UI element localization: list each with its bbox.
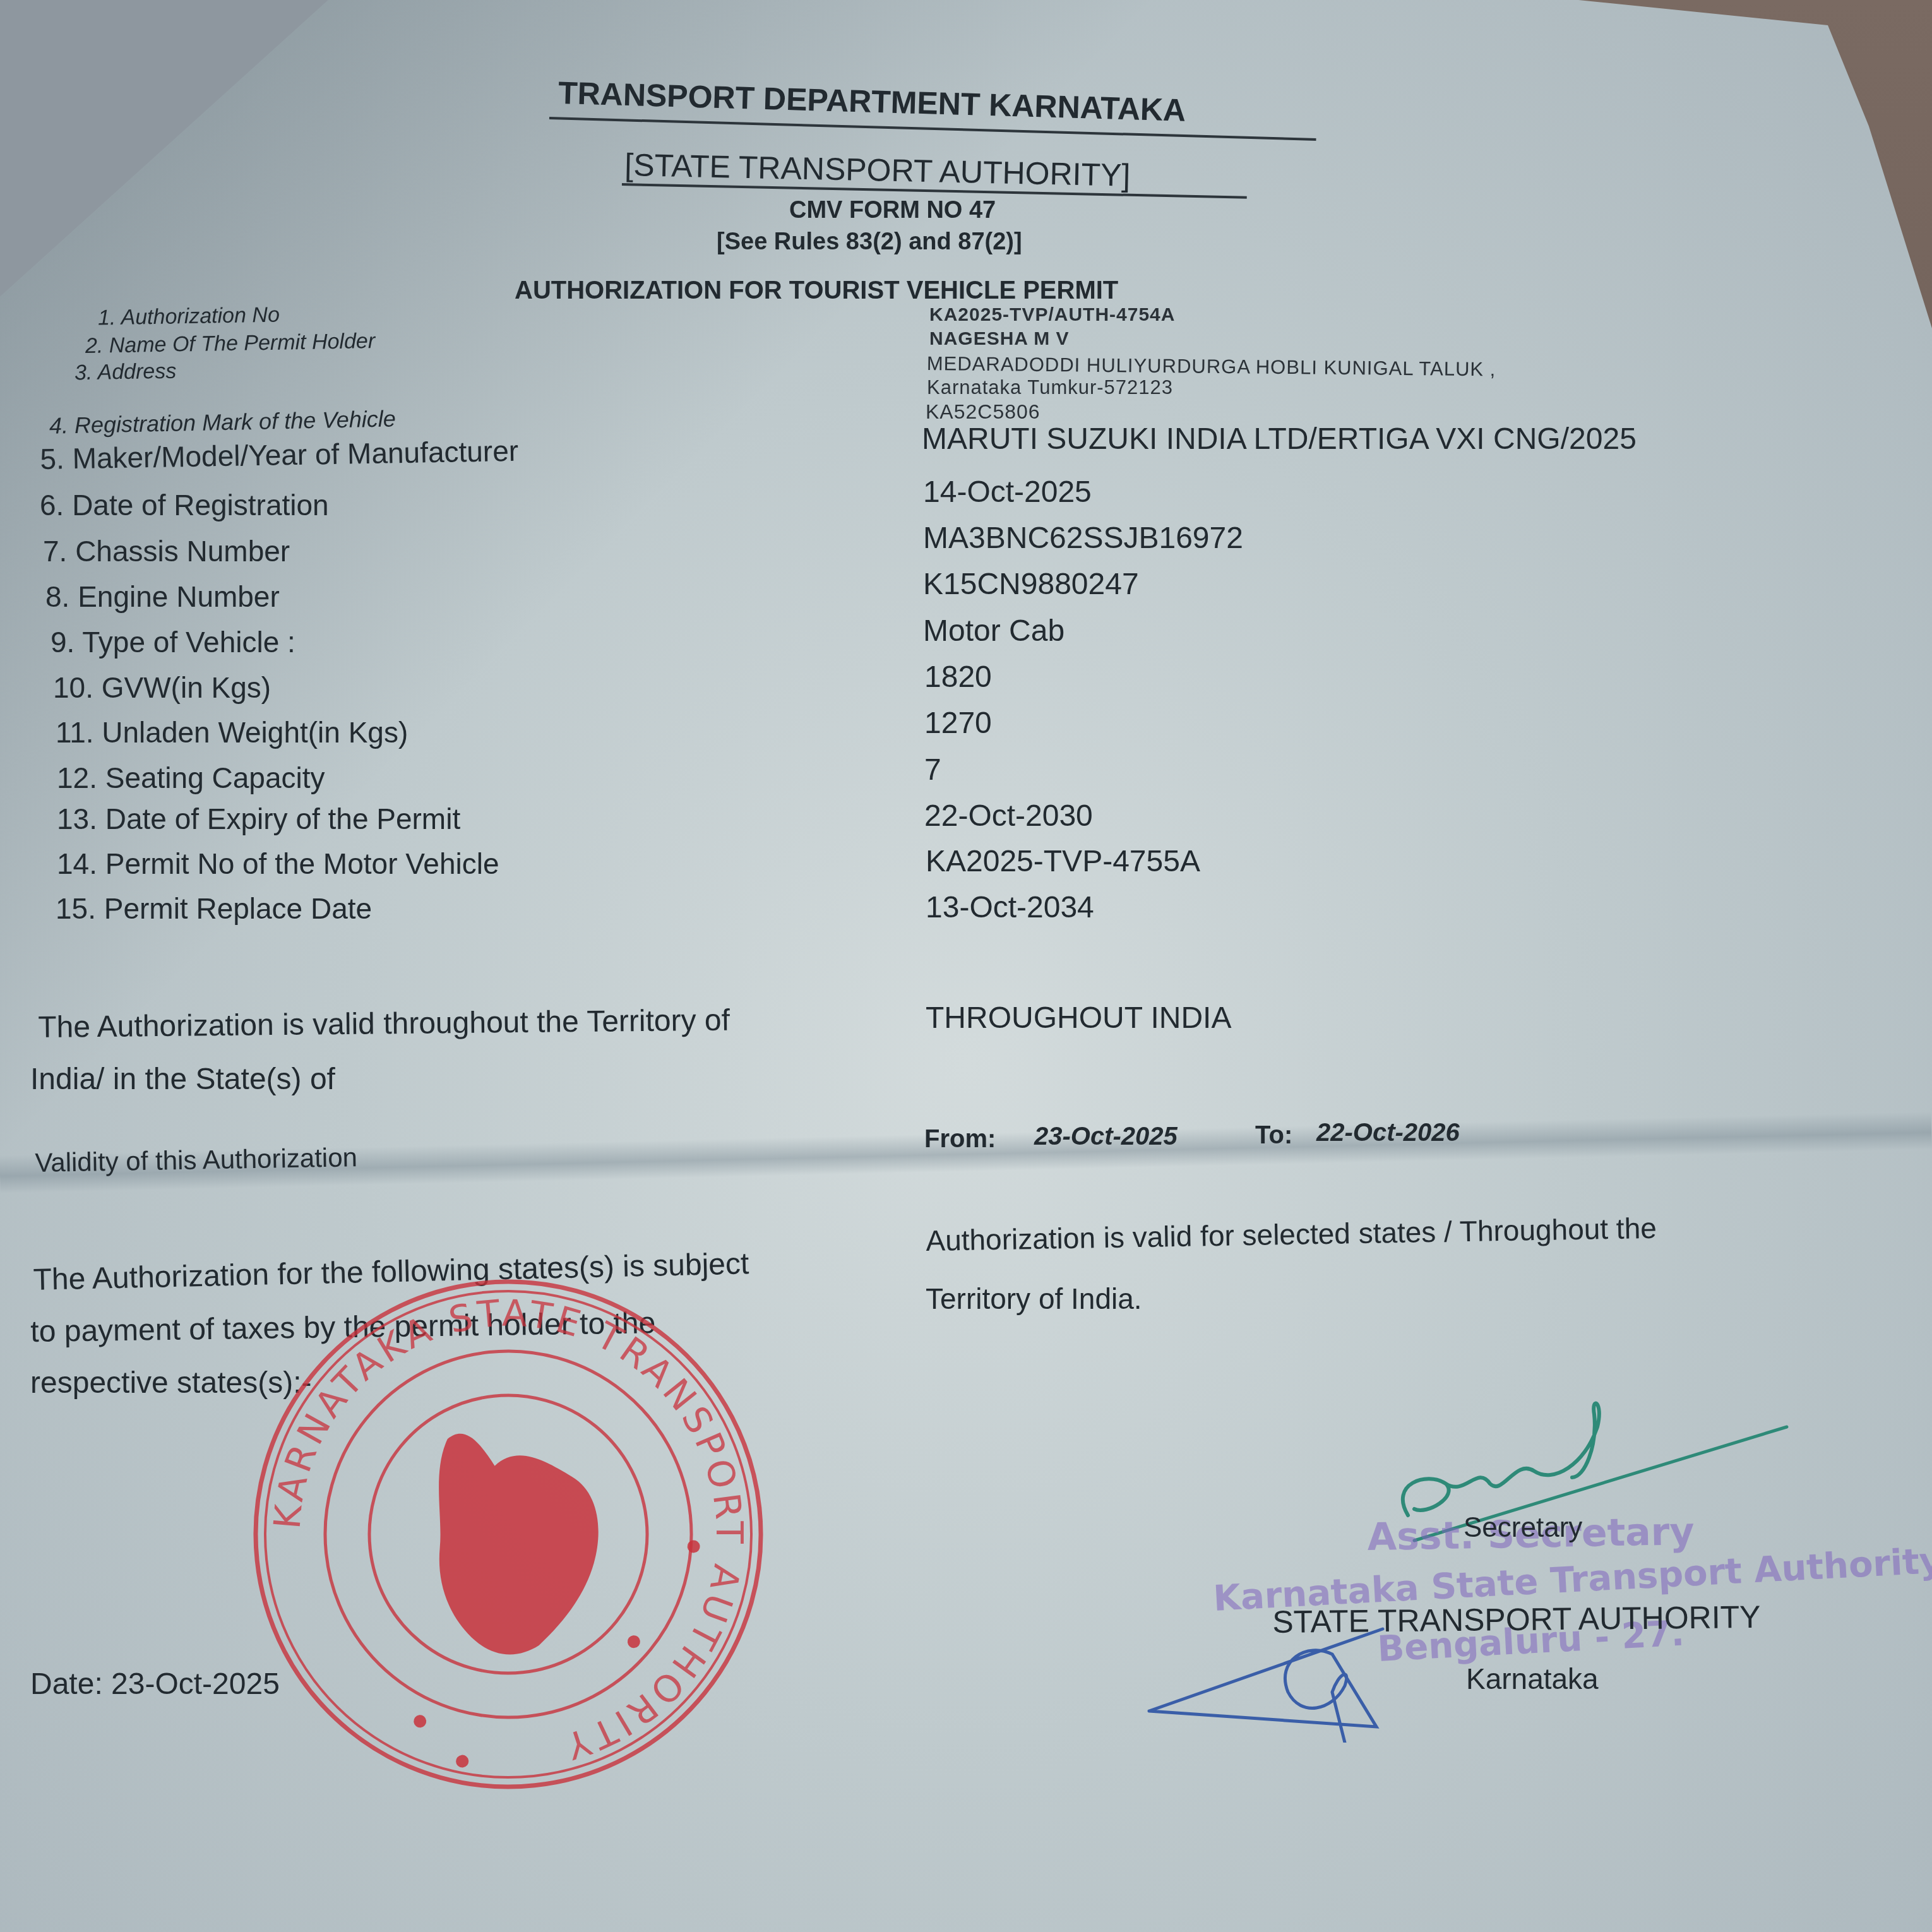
maker-model-value: MARUTI SUZUKI INDIA LTD/ERTIGA VXI CNG/2… bbox=[922, 422, 1637, 456]
validity-note-line-2: Territory of India. bbox=[926, 1282, 1142, 1316]
field-label-1: 1. Authorization No bbox=[98, 302, 280, 330]
validity-note-line-1: Authorization is valid for selected stat… bbox=[926, 1211, 1657, 1258]
registration-date-value: 14-Oct-2025 bbox=[923, 475, 1092, 510]
form-number: CMV FORM NO 47 bbox=[789, 197, 996, 224]
vehicle-type-value: Motor Cab bbox=[923, 614, 1064, 648]
field-label-13: 13. Date of Expiry of the Permit bbox=[57, 802, 460, 836]
territory-label-line-1: The Authorization is valid throughout th… bbox=[38, 1003, 730, 1045]
field-label-9: 9. Type of Vehicle : bbox=[51, 625, 295, 659]
permit-holder-name: NAGESHA M V bbox=[929, 328, 1070, 350]
field-label-14: 14. Permit No of the Motor Vehicle bbox=[57, 847, 499, 881]
permit-number-value: KA2025-TVP-4755A bbox=[926, 844, 1200, 879]
rules-reference: [See Rules 83(2) and 87(2)] bbox=[717, 229, 1022, 256]
gvw-value: 1820 bbox=[924, 660, 992, 695]
field-label-5: 5. Maker/Model/Year of Manufacturer bbox=[40, 434, 519, 476]
address-line-2: Karnataka Tumkur-572123 bbox=[927, 376, 1173, 399]
field-label-6: 6. Date of Registration bbox=[40, 488, 329, 522]
field-label-10: 10. GVW(in Kgs) bbox=[53, 671, 271, 705]
territory-label-line-2: India/ in the State(s) of bbox=[30, 1062, 335, 1097]
field-label-2: 2. Name Of The Permit Holder bbox=[85, 329, 376, 359]
chassis-number-value: MA3BNC62SSJB16972 bbox=[923, 521, 1243, 556]
field-label-3: 3. Address bbox=[75, 359, 177, 386]
validity-from-value: 23-Oct-2025 bbox=[1034, 1123, 1178, 1151]
authorization-number: KA2025-TVP/AUTH-4754A bbox=[929, 304, 1175, 326]
field-label-12: 12. Seating Capacity bbox=[57, 761, 325, 795]
signatory-title: Secretary bbox=[1464, 1512, 1582, 1544]
unladen-weight-value: 1270 bbox=[924, 706, 992, 741]
official-seal-icon: KARNATAKA STATE TRANSPORT AUTHORITY bbox=[224, 1249, 792, 1818]
permit-title: AUTHORIZATION FOR TOURIST VEHICLE PERMIT bbox=[515, 277, 1118, 305]
field-label-15: 15. Permit Replace Date bbox=[56, 891, 372, 926]
field-label-4: 4. Registration Mark of the Vehicle bbox=[49, 405, 397, 439]
permit-document: TRANSPORT DEPARTMENT KARNATAKA [STATE TR… bbox=[0, 0, 1932, 1932]
engine-number-value: K15CN9880247 bbox=[923, 567, 1139, 602]
permit-replace-date-value: 13-Oct-2034 bbox=[926, 890, 1094, 925]
validity-from-label: From: bbox=[924, 1125, 996, 1154]
territory-value: THROUGHOUT INDIA bbox=[926, 1001, 1231, 1035]
issue-date: Date: 23-Oct-2025 bbox=[30, 1667, 280, 1702]
permit-expiry-value: 22-Oct-2030 bbox=[924, 799, 1093, 833]
field-label-7: 7. Chassis Number bbox=[43, 534, 290, 568]
field-label-8: 8. Engine Number bbox=[45, 580, 280, 614]
signatory-organization: STATE TRANSPORT AUTHORITY bbox=[1272, 1599, 1761, 1640]
validity-to-label: To: bbox=[1255, 1121, 1292, 1150]
validity-label: Validity of this Authorization bbox=[35, 1142, 357, 1178]
validity-to-value: 22-Oct-2026 bbox=[1316, 1119, 1460, 1147]
registration-mark: KA52C5806 bbox=[926, 400, 1041, 424]
seating-capacity-value: 7 bbox=[924, 753, 941, 787]
signatory-state: Karnataka bbox=[1466, 1662, 1599, 1696]
field-label-11: 11. Unladen Weight(in Kgs) bbox=[56, 715, 408, 749]
